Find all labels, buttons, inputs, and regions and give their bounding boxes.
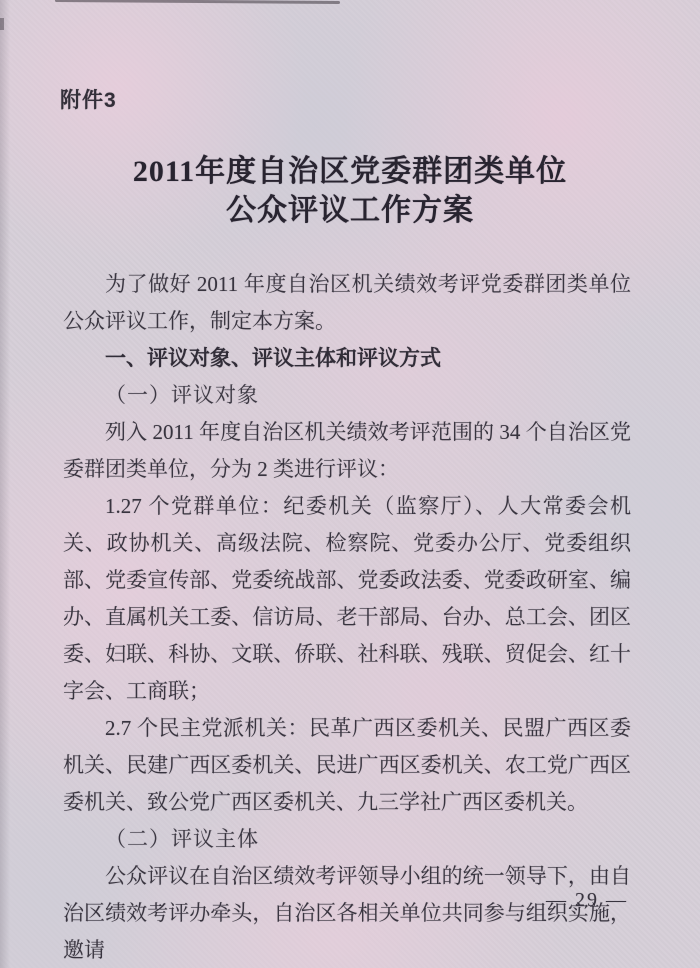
scanner-edge-shadow bbox=[0, 0, 10, 968]
paragraph-intro: 为了做好 2011 年度自治区机关绩效考评党委群团类单位公众评议工作，制定本方案… bbox=[63, 266, 631, 340]
paragraph-party-mass-units: 1.27 个党群单位：纪委机关（监察厅）、人大常委会机关、政协机关、高级法院、检… bbox=[63, 488, 631, 710]
subsection-heading-1-2: （二）评议主体 bbox=[63, 821, 631, 858]
scan-artifact-line bbox=[55, 0, 340, 4]
paragraph-evaluation-scope: 列入 2011 年度自治区机关绩效考评范围的 34 个自治区党委群团类单位，分为… bbox=[63, 414, 631, 488]
paragraph-evaluation-subject: 公众评议在自治区绩效考评领导小组的统一领导下，由自治区绩效考评办牵头，自治区各相… bbox=[63, 858, 631, 968]
document-title-line2: 公众评议工作方案 bbox=[0, 191, 700, 230]
paragraph-democratic-parties: 2.7 个民主党派机关：民革广西区委机关、民盟广西区委机关、民建广西区委机关、民… bbox=[63, 710, 631, 821]
attachment-label: 附件3 bbox=[60, 84, 117, 114]
scan-artifact-speck bbox=[0, 18, 4, 30]
document-body: 为了做好 2011 年度自治区机关绩效考评党委群团类单位公众评议工作，制定本方案… bbox=[63, 266, 631, 968]
subsection-heading-1-1: （一）评议对象 bbox=[63, 377, 631, 414]
document-title: 2011年度自治区党委群团类单位 公众评议工作方案 bbox=[0, 152, 700, 230]
document-title-line1: 2011年度自治区党委群团类单位 bbox=[0, 152, 700, 191]
page-number: — 29 — bbox=[546, 889, 628, 912]
section-heading-1: 一、评议对象、评议主体和评议方式 bbox=[63, 340, 631, 377]
